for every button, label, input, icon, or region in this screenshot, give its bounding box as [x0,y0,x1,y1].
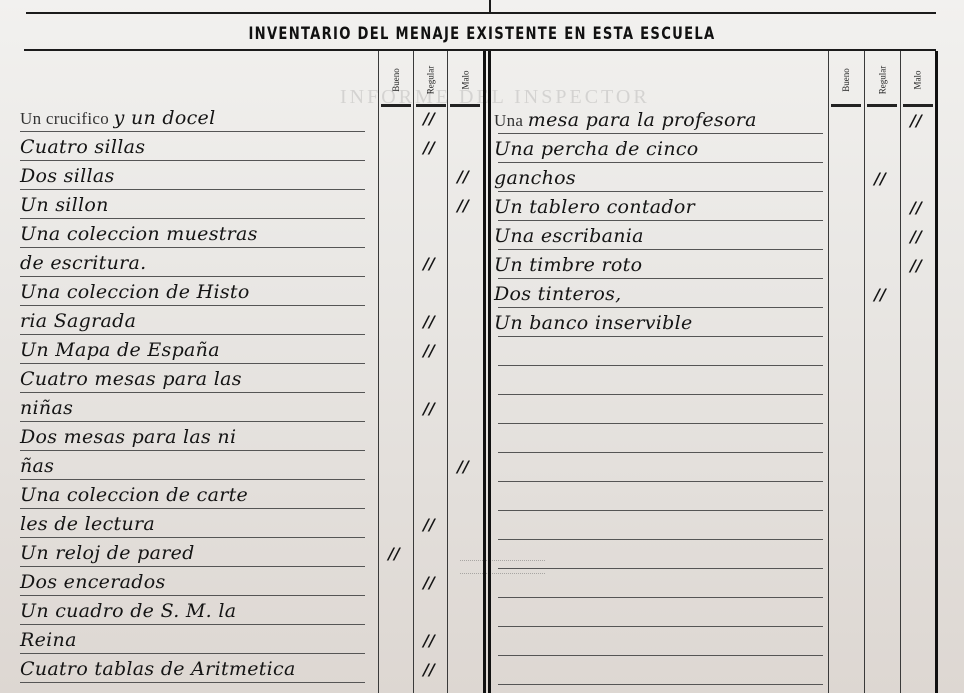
condition-mark-regular: // [874,285,886,304]
page-title: INVENTARIO DEL MENAJE EXISTENTE EN ESTA … [67,24,896,44]
header-bar [903,104,933,107]
column-header-bueno: Bueno [828,57,864,103]
ruled-line [20,566,365,567]
column-divider [828,51,829,693]
inventory-item: Cuatro mesas para las [20,368,242,390]
inventory-item: Dos mesas para las ni [20,426,236,448]
column-header-malo: Malo [900,57,935,103]
top-rule [26,12,936,14]
handwritten-text: Cuatro tablas de Aritmetica [20,658,296,680]
inventory-item: Cuatro sillas [20,136,145,158]
ruled-line [498,162,823,163]
header-bar [381,104,411,107]
ruled-line [20,595,365,596]
handwritten-text: mesa para la profesora [528,109,757,131]
ruled-line [498,220,823,221]
condition-mark-regular: // [423,312,435,331]
column-divider [488,51,491,693]
column-label: Malo [460,71,470,90]
ruled-line [498,510,823,511]
ruled-line [498,336,823,337]
ruled-line [498,307,823,308]
condition-mark-regular: // [423,138,435,157]
ruled-line [20,334,365,335]
ruled-line [20,653,365,654]
ruled-line [20,450,365,451]
top-divider [489,0,491,12]
inventory-item: Una coleccion muestras [20,223,258,245]
inventory-item: Reina [20,629,77,651]
handwritten-text: Una coleccion muestras [20,223,258,245]
ruled-line [20,363,365,364]
inventory-item: Un sillon [20,194,109,216]
column-header-regular: Regular [864,57,900,103]
handwritten-text: Un sillon [20,194,109,216]
condition-mark-regular: // [874,169,886,188]
inventory-item: de escritura. [20,252,146,274]
column-label: Regular [877,66,887,95]
handwritten-text: Una escribania [494,225,644,247]
handwritten-text: ganchos [494,167,576,189]
inventory-item: ñas [20,455,54,477]
inventory-item: Un timbre roto [494,254,642,276]
handwritten-text: Una coleccion de carte [20,484,248,506]
ruled-line [20,508,365,509]
ruled-line [498,249,823,250]
inventory-item: Un cuadro de S. M. la [20,600,236,622]
column-label: Bueno [391,68,401,92]
ruled-line [498,655,823,656]
condition-mark-regular: // [423,631,435,650]
condition-mark-malo: // [910,198,922,217]
handwritten-text: Dos mesas para las ni [20,426,236,448]
printed-label: Una [494,111,528,130]
handwritten-text: y un docel [114,107,216,129]
inventory-item: ria Sagrada [20,310,136,332]
ruled-line [20,624,365,625]
inventory-item: Una mesa para la profesora [494,109,757,131]
header-bar [450,104,480,107]
column-header-regular: Regular [413,57,447,103]
condition-mark-malo: // [457,167,469,186]
handwritten-text: ria Sagrada [20,310,136,332]
column-label: Regular [425,66,435,95]
handwritten-text: Un reloj de pared [20,542,195,564]
handwritten-text: Cuatro sillas [20,136,145,158]
inventory-item: ganchos [494,167,576,189]
handwritten-text: Un timbre roto [494,254,642,276]
handwritten-text: ñas [20,455,54,477]
printed-label: Un crucifico [20,109,114,128]
handwritten-text: Un cuadro de S. M. la [20,600,236,622]
inventory-item: Un tablero contador [494,196,695,218]
inventory-item: Un Mapa de España [20,339,220,361]
inventory-item: Cuatro tablas de Aritmetica [20,658,296,680]
column-divider [483,51,486,693]
ruled-line [498,133,823,134]
header-bar [867,104,897,107]
ruled-line [498,481,823,482]
left-inventory-table: Bueno Regular Malo Un crucifico y un doc… [0,51,488,693]
condition-mark-regular: // [423,660,435,679]
handwritten-text: Una percha de cinco [494,138,699,160]
ruled-line [20,218,365,219]
ruled-line [20,421,365,422]
handwritten-text: Un banco inservible [494,312,693,334]
inventory-item: Una coleccion de carte [20,484,248,506]
ruled-line [20,131,365,132]
inventory-item: Un banco inservible [494,312,693,334]
column-label: Malo [913,71,923,90]
handwritten-text: de escritura. [20,252,146,274]
inventory-page: INVENTARIO DEL MENAJE EXISTENTE EN ESTA … [0,0,964,693]
ruled-line [498,394,823,395]
condition-mark-bueno: // [388,544,400,563]
condition-mark-regular: // [423,399,435,418]
ruled-line [20,160,365,161]
ruled-line [498,568,823,569]
column-label: Bueno [841,68,851,92]
inventory-item: les de lectura [20,513,155,535]
right-inventory-table: Bueno Regular Malo Una mesa para la prof… [488,51,964,693]
inventory-item: Un reloj de pared [20,542,195,564]
ruled-line [498,365,823,366]
handwritten-text: Dos tinteros, [494,283,622,305]
inventory-item: Una escribania [494,225,644,247]
inventory-item: Una coleccion de Histo [20,281,250,303]
condition-mark-regular: // [423,341,435,360]
condition-mark-malo: // [457,196,469,215]
header-bar [416,104,446,107]
ruled-line [20,305,365,306]
handwritten-text: Cuatro mesas para las [20,368,242,390]
condition-mark-malo: // [910,227,922,246]
handwritten-text: Una coleccion de Histo [20,281,250,303]
column-divider [413,51,414,693]
condition-mark-regular: // [423,573,435,592]
inventory-item: Un crucifico y un docel [20,107,215,129]
ruled-line [20,682,365,683]
ruled-line [20,392,365,393]
column-divider [378,51,379,693]
handwritten-text: Un tablero contador [494,196,695,218]
column-divider [900,51,901,693]
ruled-line [498,423,823,424]
inventory-item: niñas [20,397,73,419]
inventory-item: Una percha de cinco [494,138,699,160]
ruled-line [20,189,365,190]
condition-mark-malo: // [457,457,469,476]
ruled-line [498,191,823,192]
condition-mark-malo: // [910,256,922,275]
ruled-line [20,276,365,277]
condition-mark-regular: // [423,254,435,273]
ruled-line [498,597,823,598]
ruled-line [20,479,365,480]
header-bar [831,104,861,107]
column-divider [935,51,938,693]
handwritten-text: Dos sillas [20,165,115,187]
column-header-bueno: Bueno [378,57,413,103]
inventory-item: Dos tinteros, [494,283,622,305]
ruled-line [20,247,365,248]
handwritten-text: niñas [20,397,73,419]
ruled-line [498,452,823,453]
ruled-line [498,539,823,540]
handwritten-text: Un Mapa de España [20,339,220,361]
ruled-line [498,278,823,279]
inventory-item: Dos encerados [20,571,166,593]
ruled-line [498,626,823,627]
column-divider [864,51,865,693]
column-divider [447,51,448,693]
handwritten-text: Dos encerados [20,571,166,593]
condition-mark-regular: // [423,515,435,534]
inventory-item: Dos sillas [20,165,115,187]
ruled-line [498,684,823,685]
condition-mark-regular: // [423,109,435,128]
condition-mark-malo: // [910,111,922,130]
handwritten-text: Reina [20,629,77,651]
handwritten-text: les de lectura [20,513,155,535]
column-header-malo: Malo [447,57,483,103]
ruled-line [20,537,365,538]
